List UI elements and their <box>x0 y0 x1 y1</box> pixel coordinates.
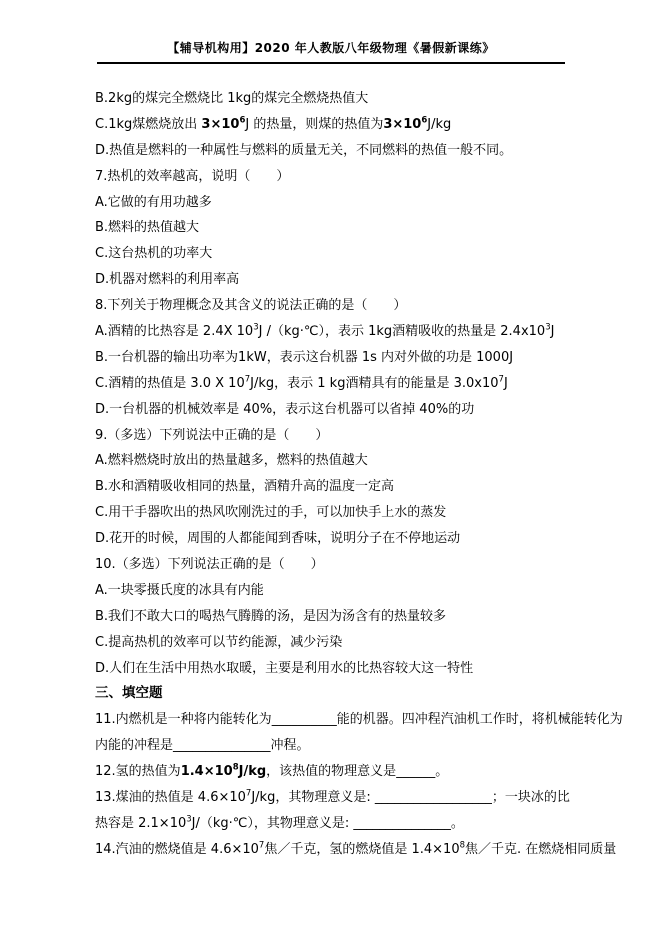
header-title: 【辅导机构用】2020 年人教版八年级物理《暑假新课练》 <box>97 38 565 58</box>
text-run: 1.4×10 <box>181 764 233 779</box>
option-line-8b: B.一台机器的输出功率为1kW，表示这台机器 1s 内对外做的功是 1000J <box>95 345 635 371</box>
option-line-7a: A.它做的有用功越多 <box>95 190 635 216</box>
option-line-7d: D.机器对燃料的利用率高 <box>95 267 635 293</box>
question-8-stem: 8.下列关于物理概念及其含义的说法正确的是（ ） <box>95 293 635 319</box>
text-run: C.用干手器吹出的热风吹刚洗过的手，可以加快手上水的蒸发 <box>95 505 446 520</box>
text-run: 11.内燃机是一种将内能转化为 <box>95 712 272 727</box>
option-line-8c: C.酒精的热值是 3.0 X 107J/kg，表示 1 kg酒精具有的能量是 3… <box>95 371 635 397</box>
text-run: 。 <box>451 816 464 831</box>
option-line-7b: B.燃料的热值越大 <box>95 215 635 241</box>
text-run: A.酒精的比热容是 2.4X 10 <box>95 324 253 339</box>
text-run: 14.汽油的燃烧值是 4.6×10 <box>95 842 259 857</box>
text-run: J/（kg·℃），其物理意义是: <box>192 816 354 831</box>
text-run: 3×10 <box>201 117 239 132</box>
text-run: 8.下列关于物理概念及其含义的说法正确的是（ ） <box>95 298 406 313</box>
text-run: 12.氢的热值为 <box>95 764 181 779</box>
worksheet-page: 【辅导机构用】2020 年人教版八年级物理《暑假新课练》 B.2kg的煤完全燃烧… <box>0 0 661 935</box>
document-body: B.2kg的煤完全燃烧比 1kg的煤完全燃烧热值大C.1kg煤燃烧放出 3×10… <box>95 86 635 863</box>
text-run: ，该热值的物理意义是 <box>266 764 396 779</box>
option-line-7c: C.这台热机的功率大 <box>95 241 635 267</box>
text-run: C.这台热机的功率大 <box>95 246 212 261</box>
text-run: A.它做的有用功越多 <box>95 195 212 210</box>
option-line-10c: C.提高热机的效率可以节约能源，减少污染 <box>95 630 635 656</box>
option-line-9b: B.水和酒精吸收相同的热量，酒精升高的温度一定高 <box>95 474 635 500</box>
text-run: 内能的冲程是 <box>95 738 173 753</box>
text-run: 10.（多选）下列说法正确的是（ ） <box>95 557 324 572</box>
text-run: B.一台机器的输出功率为1kW，表示这台机器 1s 内对外做的功是 1000J <box>95 350 513 365</box>
option-line-8d: D.一台机器的机械效率是 40%，表示这台机器可以省掉 40%的功 <box>95 397 635 423</box>
text-run: 13.煤油的热值是 4.6×10 <box>95 790 246 805</box>
question-11-line2: 内能的冲程是_______________冲程。 <box>95 733 635 759</box>
header-rule <box>97 62 565 64</box>
text-run: A.燃料燃烧时放出的热量越多，燃料的热值越大 <box>95 453 368 468</box>
fill-blank: _______________ <box>173 738 271 753</box>
text-run: D.热值是燃料的一种属性与燃料的质量无关，不同燃料的热值一般不同。 <box>95 143 512 158</box>
text-run: ；一块冰的比 <box>492 790 570 805</box>
fill-blank: _______________ <box>353 816 451 831</box>
text-run: J/kg，表示 1 kg酒精具有的能量是 3.0x10 <box>250 376 498 391</box>
text-run: C.酒精的热值是 3.0 X 10 <box>95 376 245 391</box>
text-run: J 的热量，则煤的热值为 <box>245 117 383 132</box>
question-13-line2: 热容是 2.1×103J/（kg·℃），其物理意义是: ____________… <box>95 811 635 837</box>
text-run: 热容是 2.1×10 <box>95 816 186 831</box>
text-run: 焦／千克，氢的燃烧值是 1.4×10 <box>264 842 459 857</box>
text-run: A.一块零摄氏度的冰具有内能 <box>95 583 264 598</box>
text-run: D.花开的时候，周围的人都能闻到香味，说明分子在不停地运动 <box>95 531 460 546</box>
text-run: C.1kg煤燃烧放出 <box>95 117 201 132</box>
text-run: D.人们在生活中用热水取暖，主要是利用水的比热容较大这一特性 <box>95 661 473 676</box>
text-run: 7.热机的效率越高，说明（ ） <box>95 169 289 184</box>
document-page: { "header": { "title": "【辅导机构用】2020 年人教版… <box>0 0 661 935</box>
fill-blank: __________________ <box>375 790 492 805</box>
text-run: J/kg，其物理意义是: <box>251 790 375 805</box>
text-run: B.我们不敢大口的喝热气腾腾的汤，是因为汤含有的热量较多 <box>95 609 446 624</box>
text-run: 9.（多选）下列说法中正确的是（ ） <box>95 428 328 443</box>
text-run: 3×10 <box>383 117 421 132</box>
text-run: 三、填空题 <box>95 685 163 701</box>
text-run: 冲程。 <box>271 738 310 753</box>
question-11-line1: 11.内燃机是一种将内能转化为__________能的机器。四冲程汽油机工作时，… <box>95 707 635 733</box>
text-run: J/kg <box>427 117 451 132</box>
question-7-stem: 7.热机的效率越高，说明（ ） <box>95 164 635 190</box>
option-line-9d: D.花开的时候，周围的人都能闻到香味，说明分子在不停地运动 <box>95 526 635 552</box>
text-run: B.燃料的热值越大 <box>95 220 199 235</box>
option-line-9c: C.用干手器吹出的热风吹刚洗过的手，可以加快手上水的蒸发 <box>95 500 635 526</box>
fill-blank: __________ <box>272 712 337 727</box>
question-9-stem: 9.（多选）下列说法中正确的是（ ） <box>95 423 635 449</box>
question-13-line1: 13.煤油的热值是 4.6×107J/kg，其物理意义是: __________… <box>95 785 635 811</box>
option-line-10a: A.一块零摄氏度的冰具有内能 <box>95 578 635 604</box>
text-run: J <box>504 376 508 391</box>
question-10-stem: 10.（多选）下列说法正确的是（ ） <box>95 552 635 578</box>
option-line-9a: A.燃料燃烧时放出的热量越多，燃料的热值越大 <box>95 448 635 474</box>
text-run: J /（kg·℃），表示 1kg酒精吸收的热量是 2.4x10 <box>259 324 546 339</box>
text-run: 。 <box>435 764 448 779</box>
option-line-6d: D.热值是燃料的一种属性与燃料的质量无关，不同燃料的热值一般不同。 <box>95 138 635 164</box>
option-line-10b: B.我们不敢大口的喝热气腾腾的汤，是因为汤含有的热量较多 <box>95 604 635 630</box>
section-heading: 三、填空题 <box>95 681 635 707</box>
text-run: J <box>551 324 555 339</box>
text-run: 焦／千克. 在燃烧相同质量 <box>465 842 616 857</box>
text-run: B.水和酒精吸收相同的热量，酒精升高的温度一定高 <box>95 479 394 494</box>
text-run: D.一台机器的机械效率是 40%，表示这台机器可以省掉 40%的功 <box>95 402 474 417</box>
text-run: B.2kg的煤完全燃烧比 1kg的煤完全燃烧热值大 <box>95 91 368 106</box>
question-12-line: 12.氢的热值为1.4×108J/kg，该热值的物理意义是______。 <box>95 759 635 785</box>
text-run: J/kg <box>239 764 267 779</box>
question-14-line1: 14.汽油的燃烧值是 4.6×107焦／千克，氢的燃烧值是 1.4×108焦／千… <box>95 837 635 863</box>
option-line-6b: B.2kg的煤完全燃烧比 1kg的煤完全燃烧热值大 <box>95 86 635 112</box>
option-line-10d: D.人们在生活中用热水取暖，主要是利用水的比热容较大这一特性 <box>95 656 635 682</box>
text-run: 能的机器。四冲程汽油机工作时，将机械能转化为 <box>337 712 623 727</box>
option-line-6c: C.1kg煤燃烧放出 3×106J 的热量，则煤的热值为3×106J/kg <box>95 112 635 138</box>
text-run: D.机器对燃料的利用率高 <box>95 272 239 287</box>
fill-blank: ______ <box>396 764 435 779</box>
text-run: C.提高热机的效率可以节约能源，减少污染 <box>95 635 342 650</box>
option-line-8a: A.酒精的比热容是 2.4X 103J /（kg·℃），表示 1kg酒精吸收的热… <box>95 319 635 345</box>
page-header: 【辅导机构用】2020 年人教版八年级物理《暑假新课练》 <box>97 38 565 64</box>
